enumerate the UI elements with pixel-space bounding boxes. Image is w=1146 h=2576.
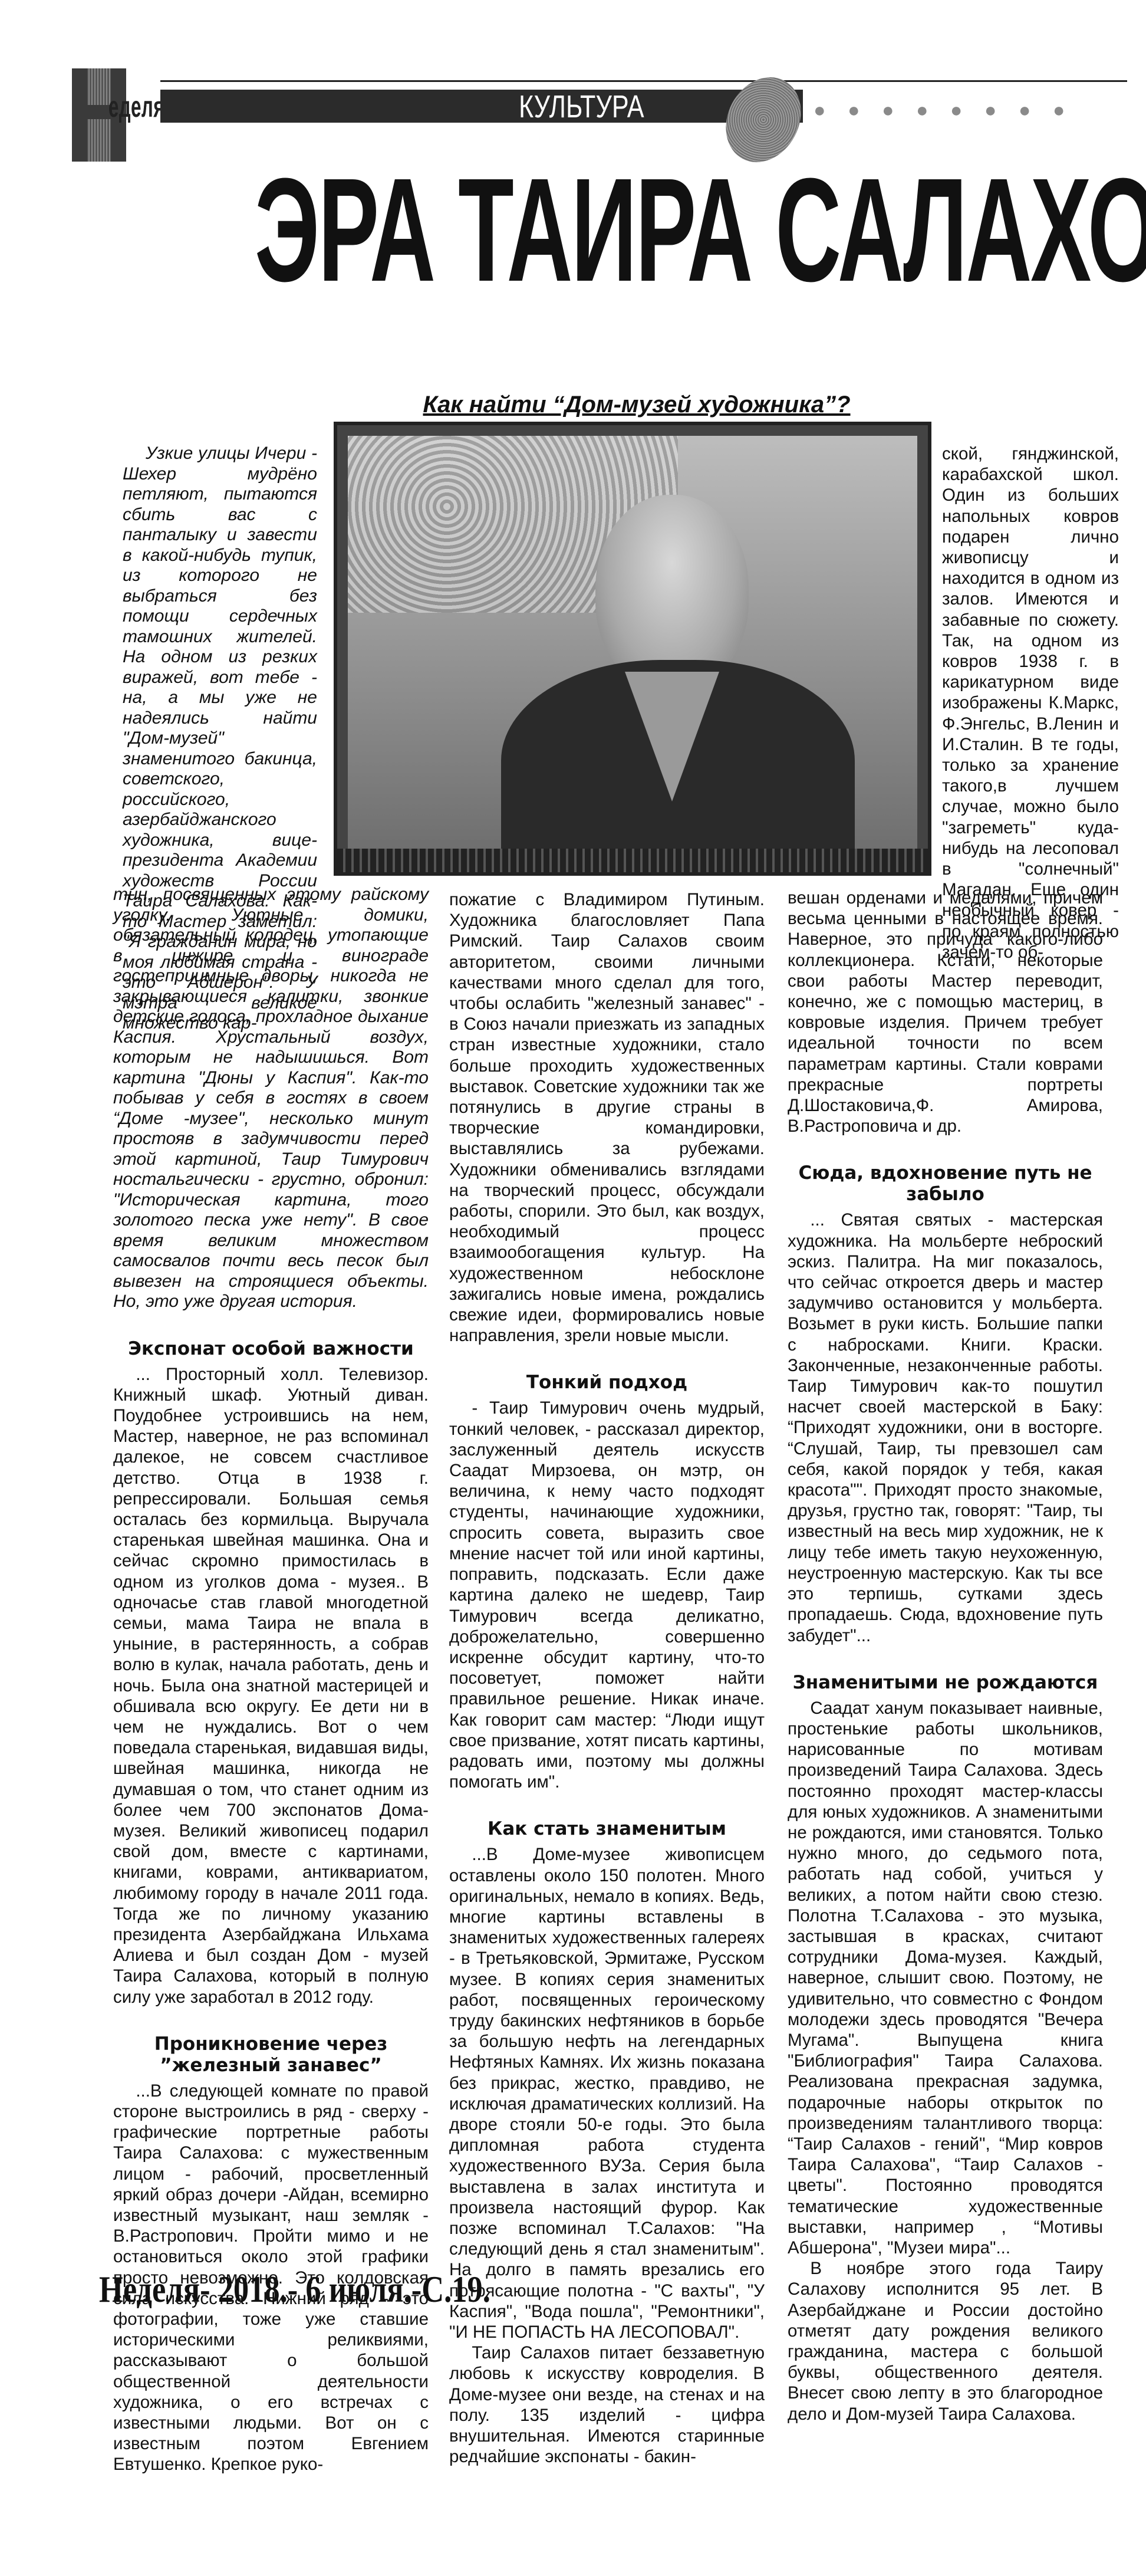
carpet-text-wide: вешан орденами и медалями, причем весьма…: [788, 888, 1103, 1136]
tapestry-portrait-photo: [334, 422, 931, 876]
masthead-rule: [160, 80, 1127, 82]
section-heading-exhibit: Экспонат особой важности: [113, 1338, 429, 1359]
section-text-become-famous-1: ...В Доме-музее живописцем оставлены око…: [449, 1844, 765, 2342]
article-subtitle: Как найти “Дом-музей художника”?: [330, 392, 943, 418]
left-column: тин, посвященных этому райскому уголку. …: [113, 885, 429, 2475]
section-heading-inspiration: Сюда, вдохновение путь не забыло: [788, 1162, 1103, 1205]
section-text-exhibit: ... Просторный холл. Телевизор. Книжный …: [113, 1364, 429, 2007]
right-column-top: ской, гянджинской, карабахской школ. Оди…: [942, 443, 1119, 962]
carpet-text-top: ской, гянджинской, карабахской школ. Оди…: [942, 443, 1119, 962]
dotted-leader: ● ● ● ● ● ● ● ●: [814, 99, 1073, 122]
section-heading-not-born-famous: Знаменитыми не рождаются: [788, 1672, 1103, 1693]
section-label: КУЛЬТУРА: [519, 88, 644, 125]
middle-column: пожатие с Владимиром Путиным. Художника …: [449, 889, 765, 2467]
intro-text-bottom: тин, посвященных этому райскому уголку. …: [113, 885, 429, 1312]
section-text-subtle-approach: - Таир Тимурович очень мудрый, тонкий че…: [449, 1398, 765, 1792]
right-column: вешан орденами и медалями, причем весьма…: [788, 888, 1103, 2424]
section-text-inspiration: ... Святая святых - мастерская художника…: [788, 1210, 1103, 1645]
section-text-iron-curtain-part2: пожатие с Владимиром Путиным. Художника …: [449, 889, 765, 1346]
newspaper-logo: еделя: [72, 68, 160, 163]
section-text-become-famous-2: Таир Салахов питает беззаветную любовь к…: [449, 2342, 765, 2467]
section-heading-become-famous: Как стать знаменитым: [449, 1818, 765, 1839]
source-citation: Неделя- 2018.- 6 июля.-С.19.: [99, 2268, 490, 2311]
section-heading-iron-curtain: Проникновение через ”железный занавес”: [113, 2033, 429, 2076]
logo-word: еделя: [108, 90, 164, 124]
section-text-not-born-famous-2: В ноябре этого года Таиру Салахову испол…: [788, 2258, 1103, 2424]
page-title: ЭРА ТАИРА САЛАХОВА: [255, 156, 913, 304]
section-text-not-born-famous-1: Саадат ханум показывает наивные, простен…: [788, 1698, 1103, 2258]
section-bar: [160, 90, 803, 123]
section-heading-subtle-approach: Тонкий подход: [449, 1372, 765, 1393]
